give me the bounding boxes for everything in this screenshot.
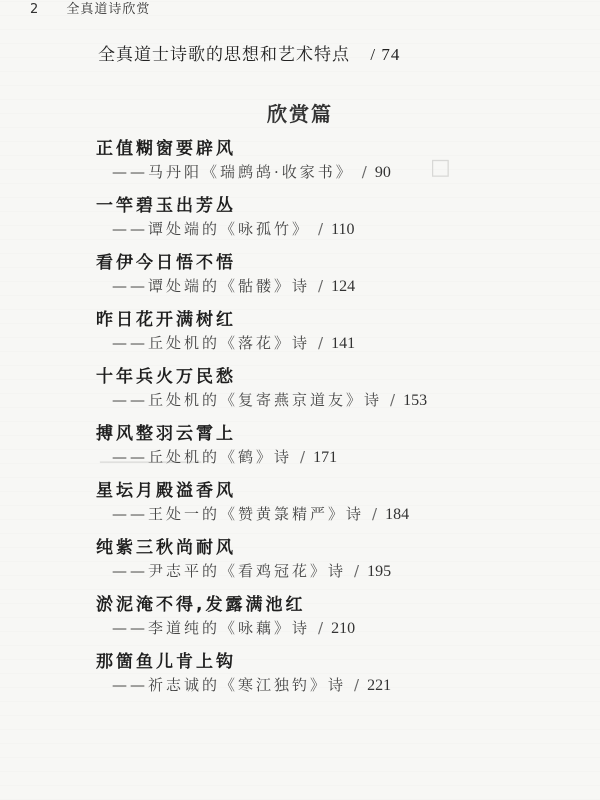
entry-subtitle: ——祈志诚的《寒江独钓》诗/221 (112, 674, 391, 695)
entry-title: 淤泥淹不得,发露满池红 (96, 590, 305, 615)
toc-entry-title: 全真道士诗歌的思想和艺术特点 (98, 45, 350, 65)
entry-subtitle: ——丘处机的《复寄燕京道友》诗/153 (112, 389, 427, 410)
entry-page: 184 (385, 506, 409, 523)
entry-title: 纯紫三秋尚耐风 (96, 533, 236, 558)
entry-title: 那箇鱼儿肯上钩 (96, 647, 236, 672)
toc-entry: 淤泥淹不得,发露满池红 ——李道纯的《咏藕》诗/210 (96, 586, 516, 643)
section-heading: 欣赏篇 (0, 98, 600, 127)
entry-source: ——丘处机的《落花》诗 (112, 334, 310, 352)
entry-subtitle: ——丘处机的《鹤》诗/171 (112, 446, 337, 467)
entry-page: 90 (375, 164, 391, 181)
book-title: 全真道诗欣赏 (66, 2, 150, 17)
entry-source: ——祈志诚的《寒江独钓》诗 (112, 676, 346, 694)
entry-title: 正值糊窗要辟风 (96, 134, 236, 159)
page-separator: / (318, 277, 323, 295)
page-separator: / (318, 334, 323, 352)
entry-page: 110 (331, 221, 354, 238)
entry-page: 195 (367, 563, 391, 580)
toc-entry-page: / 74 (370, 45, 400, 64)
entry-source: ——谭处端的《咏孤竹》 (112, 220, 310, 238)
toc-entry: 一竿碧玉出芳丛 ——谭处端的《咏孤竹》/110 (96, 187, 516, 244)
entry-subtitle: ——谭处端的《骷髅》诗/124 (112, 275, 355, 296)
page-separator: / (372, 505, 377, 523)
entry-source: ——马丹阳《瑞鹧鸪·收家书》 (112, 163, 354, 181)
toc-entry: 正值糊窗要辟风 ——马丹阳《瑞鹧鸪·收家书》/90 (96, 130, 516, 187)
entry-page: 221 (367, 677, 391, 694)
entry-source: ——谭处端的《骷髅》诗 (112, 277, 310, 295)
toc-entry: 昨日花开满树红 ——丘处机的《落花》诗/141 (96, 301, 516, 358)
toc-entry-list: 正值糊窗要辟风 ——马丹阳《瑞鹧鸪·收家书》/90 一竿碧玉出芳丛 ——谭处端的… (96, 130, 516, 700)
page-separator: / (390, 391, 395, 409)
entry-title: 十年兵火万民愁 (96, 362, 236, 387)
entry-subtitle: ——谭处端的《咏孤竹》/110 (112, 218, 354, 239)
page-number: 2 (30, 2, 39, 17)
page-number-ref: 74 (381, 45, 400, 64)
entry-title: 搏风整羽云霄上 (96, 419, 236, 444)
toc-entry: 纯紫三秋尚耐风 ——尹志平的《看鸡冠花》诗/195 (96, 529, 516, 586)
page-separator: / (300, 448, 305, 466)
entry-source: ——王处一的《赞黄箓精严》诗 (112, 505, 364, 523)
entry-page: 141 (331, 335, 355, 352)
toc-entry: 那箇鱼儿肯上钩 ——祈志诚的《寒江独钓》诗/221 (96, 643, 516, 700)
entry-subtitle: ——王处一的《赞黄箓精严》诗/184 (112, 503, 409, 524)
entry-source: ——丘处机的《鹤》诗 (112, 448, 292, 466)
toc-entry: 看伊今日悟不悟 ——谭处端的《骷髅》诗/124 (96, 244, 516, 301)
toc-entry: 搏风整羽云霄上 ——丘处机的《鹤》诗/171 (96, 415, 516, 472)
toc-entry-previous-section: 全真道士诗歌的思想和艺术特点 / 74 (98, 40, 400, 65)
toc-entry: 星坛月殿溢香风 ——王处一的《赞黄箓精严》诗/184 (96, 472, 516, 529)
entry-source: ——丘处机的《复寄燕京道友》诗 (112, 391, 382, 409)
entry-page: 171 (313, 449, 337, 466)
entry-page: 210 (331, 620, 355, 637)
page-separator: / (318, 619, 323, 637)
entry-source: ——李道纯的《咏藕》诗 (112, 619, 310, 637)
entry-subtitle: ——马丹阳《瑞鹧鸪·收家书》/90 (112, 161, 391, 182)
page-separator: / (354, 562, 359, 580)
entry-subtitle: ——尹志平的《看鸡冠花》诗/195 (112, 560, 391, 581)
page-separator: / (354, 676, 359, 694)
entry-title: 昨日花开满树红 (96, 305, 236, 330)
entry-title: 看伊今日悟不悟 (96, 248, 236, 273)
toc-entry: 十年兵火万民愁 ——丘处机的《复寄燕京道友》诗/153 (96, 358, 516, 415)
entry-subtitle: ——丘处机的《落花》诗/141 (112, 332, 355, 353)
entry-title: 一竿碧玉出芳丛 (96, 191, 236, 216)
page-separator: / (362, 163, 367, 181)
entry-source: ——尹志平的《看鸡冠花》诗 (112, 562, 346, 580)
entry-page: 124 (331, 278, 355, 295)
page-separator: / (318, 220, 323, 238)
page-separator: / (370, 45, 376, 64)
entry-page: 153 (403, 392, 427, 409)
entry-subtitle: ——李道纯的《咏藕》诗/210 (112, 617, 355, 638)
entry-title: 星坛月殿溢香风 (96, 476, 236, 501)
running-head: 2 全真道诗欣赏 (30, 0, 150, 17)
